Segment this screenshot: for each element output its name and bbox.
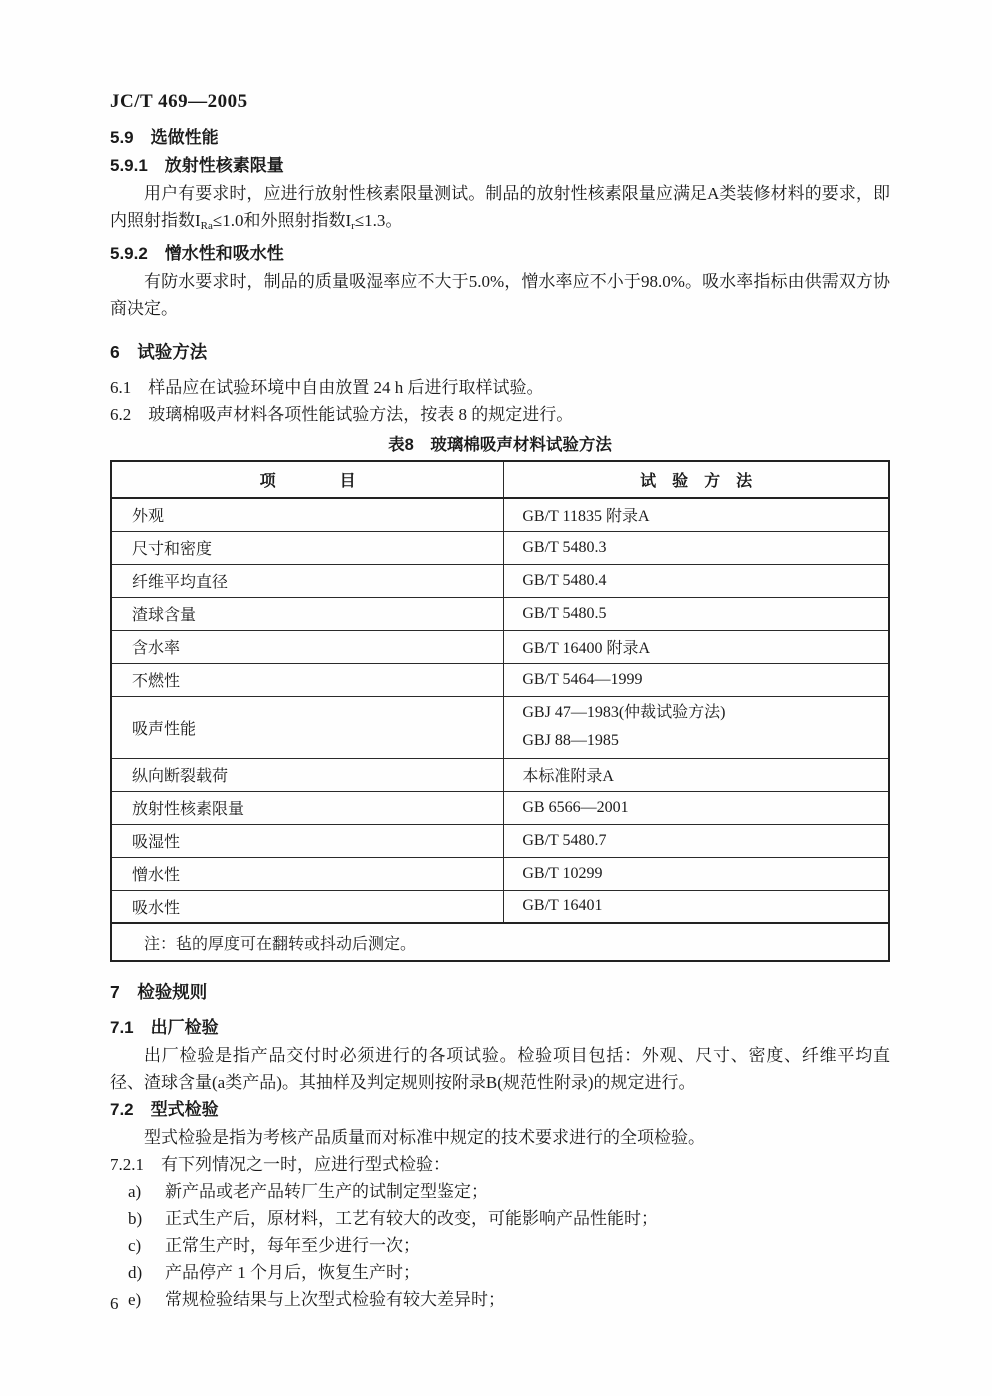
para-5-9-1-part2: ≤1.0和外照射指数I [213,211,351,230]
table-cell-item: 憎水性 [111,857,504,890]
list-item-label: b) [128,1205,148,1232]
list-item-text: 正常生产时，每年至少进行一次； [165,1232,420,1259]
list-item-text: 产品停产 1 个月后，恢复生产时； [165,1259,420,1286]
list-item-text: 正式生产后，原材料，工艺有较大的改变，可能影响产品性能时； [165,1205,658,1232]
list-item-label: e) [128,1286,148,1313]
table-cell-method: GB 6566—2001 [504,791,889,824]
heading-7-2: 7.2 型式检验 [110,1096,890,1124]
table-cell-item: 外观 [111,498,504,531]
table-row: 吸水性 GB/T 16401 [111,890,889,923]
table-note-row: 注：毡的厚度可在翻转或抖动后测定。 [111,923,889,961]
table-row: 憎水性 GB/T 10299 [111,857,889,890]
document-page: JC/T 469—2005 5.9 选做性能 5.9.1 放射性核素限量 用户有… [0,0,992,1396]
table-cell-method: GB/T 10299 [504,857,889,890]
table-cell-item: 吸湿性 [111,824,504,857]
method-line-1: GBJ 47—1983(仲裁试验方法) [522,699,888,727]
table-header-row: 项 目 试 验 方 法 [111,461,889,498]
table-cell-item: 含水率 [111,630,504,663]
table-cell-method: GB/T 5464—1999 [504,663,889,696]
heading-5-9-1: 5.9.1 放射性核素限量 [110,152,890,180]
table-row: 不燃性 GB/T 5464—1999 [111,663,889,696]
para-5-9-1-part3: ≤1.3。 [355,211,403,230]
table-row: 外观 GB/T 11835 附录A [111,498,889,531]
table-row: 渣球含量 GB/T 5480.5 [111,597,889,630]
table-8: 项 目 试 验 方 法 外观 GB/T 11835 附录A 尺寸和密度 GB/T… [110,460,890,962]
clause-6-1: 6.1 样品应在试验环境中自由放置 24 h 后进行取样试验。 [110,374,890,401]
col-header-method: 试 验 方 法 [504,461,889,498]
heading-7: 7 检验规则 [110,978,890,1006]
list-item-text: 新产品或老产品转厂生产的试制定型鉴定； [165,1178,488,1205]
table-row: 尺寸和密度 GB/T 5480.3 [111,531,889,564]
list-item: b) 正式生产后，原材料，工艺有较大的改变，可能影响产品性能时； [110,1205,890,1232]
list-item: e) 常规检验结果与上次型式检验有较大差异时； [110,1286,890,1313]
heading-6: 6 试验方法 [110,338,890,366]
list-item-label: a) [128,1178,148,1205]
para-5-9-1: 用户有要求时，应进行放射性核素限量测试。制品的放射性核素限量应满足A类装修材料的… [110,180,890,240]
table-row: 放射性核素限量 GB 6566—2001 [111,791,889,824]
list-item: c) 正常生产时，每年至少进行一次； [110,1232,890,1259]
table-cell-item: 尺寸和密度 [111,531,504,564]
table-cell-item: 纤维平均直径 [111,564,504,597]
list-item: a) 新产品或老产品转厂生产的试制定型鉴定； [110,1178,890,1205]
list-item-text: 常规检验结果与上次型式检验有较大差异时； [165,1286,505,1313]
subscript-ira: Ra [201,220,213,232]
table-cell-method: GBJ 47—1983(仲裁试验方法) GBJ 88—1985 [504,696,889,758]
table-row: 纵向断裂载荷 本标准附录A [111,758,889,791]
table-row: 纤维平均直径 GB/T 5480.4 [111,564,889,597]
clause-6-2: 6.2 玻璃棉吸声材料各项性能试验方法，按表 8 的规定进行。 [110,401,890,428]
heading-5-9-2: 5.9.2 憎水性和吸水性 [110,240,890,268]
table-cell-item: 吸水性 [111,890,504,923]
table-row: 吸湿性 GB/T 5480.7 [111,824,889,857]
table-cell-method: GB/T 5480.4 [504,564,889,597]
para-7-2: 型式检验是指为考核产品质量而对标准中规定的技术要求进行的全项检验。 [110,1124,890,1151]
para-5-9-2: 有防水要求时，制品的质量吸湿率应不大于5.0%，憎水率应不小于98.0%。吸水率… [110,268,890,322]
col-header-item: 项 目 [111,461,504,498]
heading-5-9: 5.9 选做性能 [110,124,890,152]
table-cell-item: 不燃性 [111,663,504,696]
table-row: 吸声性能 GBJ 47—1983(仲裁试验方法) GBJ 88—1985 [111,696,889,758]
table-cell-item: 纵向断裂载荷 [111,758,504,791]
heading-7-1: 7.1 出厂检验 [110,1014,890,1042]
table-cell-item: 渣球含量 [111,597,504,630]
table-cell-method: GB/T 5480.7 [504,824,889,857]
table-cell-method: GB/T 5480.5 [504,597,889,630]
table-cell-method: GB/T 16400 附录A [504,630,889,663]
list-item-label: c) [128,1232,148,1259]
list-item: d) 产品停产 1 个月后，恢复生产时； [110,1259,890,1286]
table-cell-method: 本标准附录A [504,758,889,791]
table-cell-item: 放射性核素限量 [111,791,504,824]
table-cell-method: GB/T 5480.3 [504,531,889,564]
table-note: 注：毡的厚度可在翻转或抖动后测定。 [111,923,889,961]
table-cell-item: 吸声性能 [111,696,504,758]
list-item-label: d) [128,1259,148,1286]
doc-number: JC/T 469—2005 [110,90,890,114]
para-7-1: 出厂检验是指产品交付时必须进行的各项试验。检验项目包括：外观、尺寸、密度、纤维平… [110,1042,890,1096]
page-content: JC/T 469—2005 5.9 选做性能 5.9.1 放射性核素限量 用户有… [110,90,890,1313]
table-cell-method: GB/T 16401 [504,890,889,923]
clause-7-2-1: 7.2.1 有下列情况之一时，应进行型式检验： [110,1151,890,1178]
table-caption: 表8 玻璃棉吸声材料试验方法 [110,432,890,458]
method-line-2: GBJ 88—1985 [522,727,888,755]
page-number: 6 [110,1294,119,1314]
table-cell-method: GB/T 11835 附录A [504,498,889,531]
table-row: 含水率 GB/T 16400 附录A [111,630,889,663]
